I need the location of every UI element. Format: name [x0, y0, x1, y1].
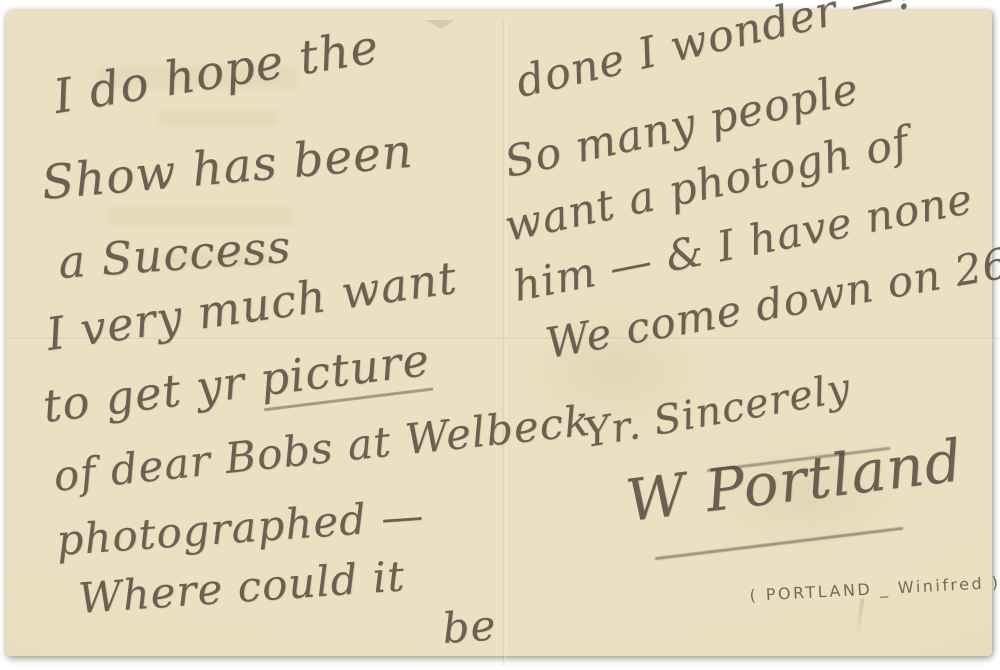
- letter-line: Where could it: [77, 555, 406, 620]
- letter-line: photographed —: [55, 494, 425, 562]
- scanner-background: I do hope the Show has been a Success I …: [0, 0, 1000, 670]
- top-edge-tear: [424, 20, 454, 29]
- letter-paper: I do hope the Show has been a Success I …: [6, 10, 992, 656]
- identification-annotation: ( PORTLAND _ Winifred ): [749, 575, 1000, 604]
- letter-line: done I wonder —?: [512, 0, 922, 105]
- small-crease-mark: [855, 598, 864, 636]
- letter-line-continuation: be: [441, 604, 498, 650]
- showthrough-text-smudge: [158, 110, 278, 126]
- underlined-word: picture: [257, 333, 433, 411]
- letter-line-text: to get yr: [40, 354, 263, 433]
- vertical-fold-crease: [502, 20, 507, 666]
